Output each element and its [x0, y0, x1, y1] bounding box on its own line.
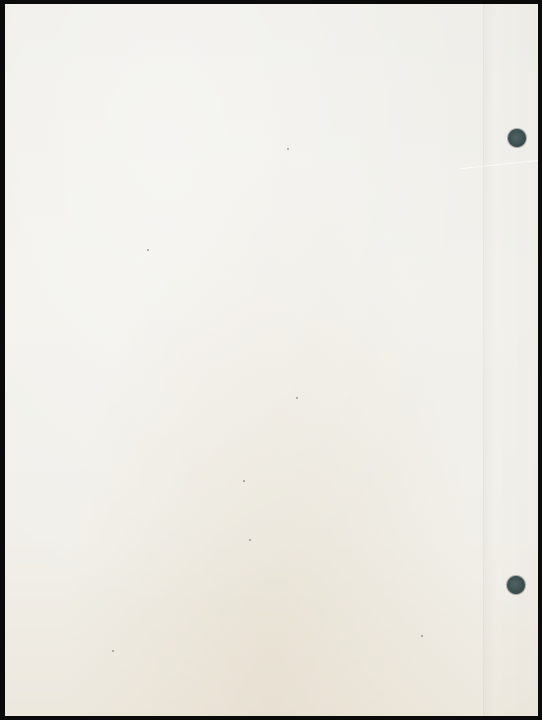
scan-border [0, 0, 542, 720]
dust-speck [421, 635, 423, 637]
dust-speck [147, 249, 149, 251]
punch-hole-bottom [507, 576, 525, 594]
punch-hole-top [508, 129, 526, 147]
blank-page [5, 4, 538, 716]
dust-speck [112, 650, 114, 652]
page-edge-margin [483, 4, 538, 716]
dust-speck [243, 480, 245, 482]
dust-speck [287, 148, 289, 150]
dust-speck [296, 397, 298, 399]
dust-speck [249, 539, 251, 541]
